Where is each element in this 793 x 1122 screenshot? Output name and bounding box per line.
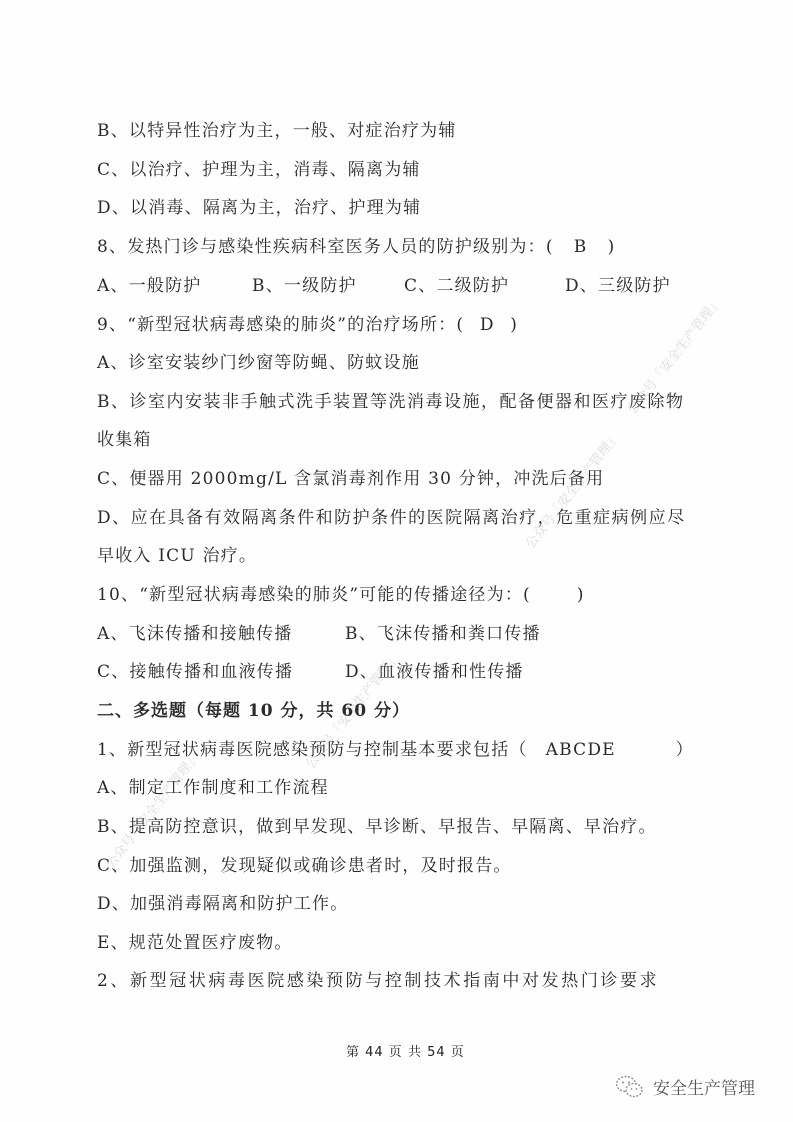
watermark: 公众号「安全生产管理」 [100, 747, 203, 871]
q10-option-d: D、血液传播和性传播 [345, 661, 524, 683]
q8-options-row: A、一般防护 B、一级防护 C、二级防护 D、三级防护 [97, 275, 717, 297]
q9-option-a: A、诊室安装纱门纱窗等防蝇、防蚊设施 [97, 352, 420, 374]
q8-option-b: B、一级防护 [252, 275, 357, 297]
m1-question: 1、新型冠状病毒医院感染预防与控制基本要求包括（ABCDE） [97, 739, 694, 761]
q9-close-paren: ) [510, 315, 518, 335]
m1-option-c: C、加强监测，发现疑似或确诊患者时，及时报告。 [97, 855, 512, 877]
q8-option-d: D、三级防护 [565, 275, 671, 297]
brand-name: 安全生产管理 [653, 1074, 755, 1099]
q10-option-a: A、飞沫传播和接触传播 [97, 623, 292, 645]
q8-question-text: 8、发热门诊与感染性疾病科室医务人员的防护级别为：( [97, 237, 554, 257]
document-page: B、以特异性治疗为主，一般、对症治疗为辅 C、以治疗、护理为主，消毒、隔离为辅 … [0, 0, 793, 1122]
q10-options-row2: C、接触传播和血液传播 D、血液传播和性传播 [97, 661, 717, 683]
q9-option-d-line2: 早收入 ICU 治疗。 [97, 545, 257, 567]
m1-option-e: E、规范处置医疗废物。 [97, 932, 293, 954]
m1-close-paren: ） [676, 740, 694, 760]
q7-option-d: D、以消毒、隔离为主，治疗、护理为辅 [97, 197, 421, 219]
m1-option-a: A、制定工作制度和工作流程 [97, 777, 329, 799]
page-number: 第 44 页 共 54 页 [346, 1041, 465, 1060]
m1-answer: ABCDE [528, 739, 676, 761]
m1-option-b: B、提高防控意识，做到早发现、早诊断、早报告、早隔离、早治疗。 [97, 816, 657, 838]
q9-option-b-line1: B、诊室内安装非手触式洗手装置等洗消毒设施，配备便器和医疗废除物 [97, 391, 685, 413]
q10-options-row1: A、飞沫传播和接触传播 B、飞沫传播和粪口传播 [97, 623, 717, 645]
q8-option-a: A、一般防护 [97, 275, 201, 297]
q7-option-c: C、以治疗、护理为主，消毒、隔离为辅 [97, 159, 421, 181]
q8-question: 8、发热门诊与感染性疾病科室医务人员的防护级别为：(B) [97, 236, 616, 258]
brand-signature: 安全生产管理 [615, 1074, 755, 1099]
m1-question-text: 1、新型冠状病毒医院感染预防与控制基本要求包括（ [97, 740, 528, 760]
q9-answer: D [464, 314, 510, 336]
q10-close-paren: ) [577, 585, 585, 605]
q8-option-c: C、二级防护 [404, 275, 509, 297]
m1-option-d: D、加强消毒隔离和防护工作。 [97, 893, 348, 915]
q10-option-b: B、飞沫传播和粪口传播 [345, 623, 541, 645]
q9-option-b-line2: 收集箱 [97, 429, 152, 451]
q8-close-paren: ) [608, 237, 616, 257]
q9-question-text: 9、“新型冠状病毒感染的肺炎”的治疗场所：( [97, 315, 464, 335]
q7-option-b: B、以特异性治疗为主，一般、对症治疗为辅 [97, 120, 457, 142]
section-heading-multiple-choice: 二、多选题（每题 10 分，共 60 分） [97, 700, 410, 722]
q10-option-c: C、接触传播和血液传播 [97, 661, 293, 683]
q9-option-c: C、便器用 2000mg/L 含氯消毒剂作用 30 分钟，冲洗后备用 [97, 468, 604, 490]
q10-question-text: 10、“新型冠状病毒感染的肺炎”可能的传播途径为：( [97, 585, 531, 605]
q8-answer: B [554, 236, 608, 258]
q9-question: 9、“新型冠状病毒感染的肺炎”的治疗场所：(D) [97, 314, 518, 336]
m2-question: 2、新型冠状病毒医院感染预防与控制技术指南中对发热门诊要求 [97, 970, 659, 992]
wechat-icon [615, 1075, 645, 1099]
q9-option-d-line1: D、应在具备有效隔离条件和防护条件的医院隔离治疗，危重症病例应尽 [97, 507, 686, 529]
q10-question: 10、“新型冠状病毒感染的肺炎”可能的传播途径为：() [97, 584, 585, 606]
